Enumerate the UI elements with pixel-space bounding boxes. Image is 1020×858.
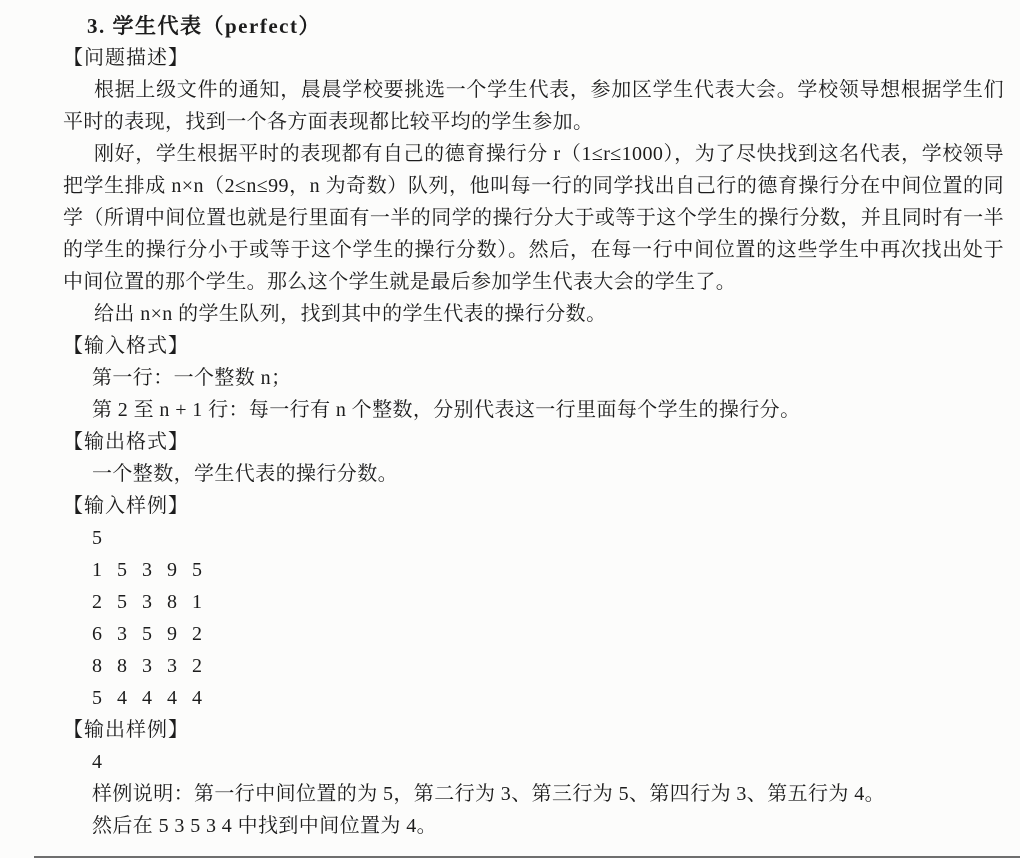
problem-paragraph-1: 根据上级文件的通知，晨晨学校要挑选一个学生代表，参加区学生代表大会。学校领导想根…	[63, 74, 1004, 138]
sample-input-line-5: 8 8 3 3 2	[0, 650, 1020, 682]
section-header-problem-description: 【问题描述】	[0, 42, 1020, 74]
section-header-input-format: 【输入格式】	[0, 330, 1020, 362]
output-format-line: 一个整数，学生代表的操行分数。	[0, 458, 1020, 490]
sample-input-line-6: 5 4 4 4 4	[0, 682, 1020, 714]
section-header-sample-output: 【输出样例】	[0, 714, 1020, 746]
sample-input-line-1: 5	[0, 522, 1020, 554]
sample-input-line-2: 1 5 3 9 5	[0, 554, 1020, 586]
problem-title: 3. 学生代表（perfect）	[0, 0, 1020, 42]
sample-input-line-3: 2 5 3 8 1	[0, 586, 1020, 618]
problem-paragraph-3: 给出 n×n 的学生队列，找到其中的学生代表的操行分数。	[63, 298, 1004, 330]
section-header-sample-input: 【输入样例】	[0, 490, 1020, 522]
problem-paragraph-2: 刚好，学生根据平时的表现都有自己的德育操行分 r（1≤r≤1000），为了尽快找…	[63, 138, 1004, 298]
sample-output-value: 4	[0, 746, 1020, 778]
input-format-line-2: 第 2 至 n + 1 行：每一行有 n 个整数，分别代表这一行里面每个学生的操…	[0, 394, 1020, 426]
document-page: 3. 学生代表（perfect） 【问题描述】 根据上级文件的通知，晨晨学校要挑…	[0, 0, 1020, 858]
sample-input-line-4: 6 3 5 9 2	[0, 618, 1020, 650]
sample-explanation-line-1: 样例说明：第一行中间位置的为 5，第二行为 3、第三行为 5、第四行为 3、第五…	[0, 778, 1020, 810]
input-format-line-1: 第一行：一个整数 n；	[0, 362, 1020, 394]
section-header-output-format: 【输出格式】	[0, 426, 1020, 458]
sample-explanation-line-2: 然后在 5 3 5 3 4 中找到中间位置为 4。	[0, 810, 1020, 842]
